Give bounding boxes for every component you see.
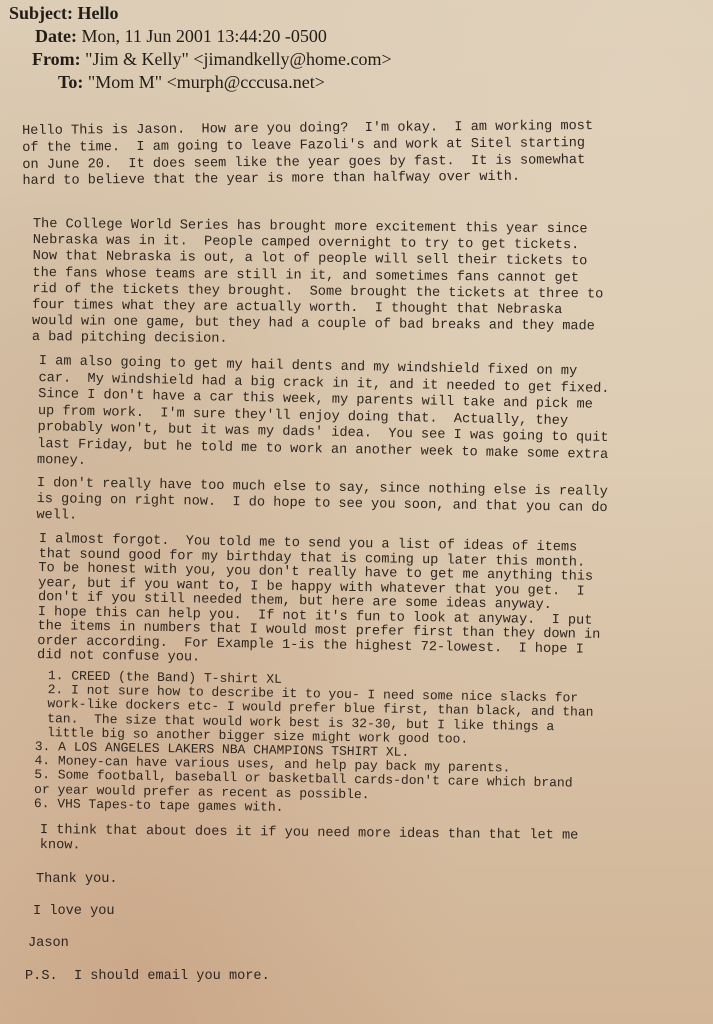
paragraph-birthday-ideas: I almost forgot. You told me to send you… — [37, 533, 602, 672]
signature: Jason — [28, 936, 69, 953]
to-row: To: "Mom M" <murph@cccusa.net> — [9, 71, 392, 94]
date-label: Date: — [35, 26, 77, 46]
date-row: Date: Mon, 11 Jun 2001 13:44:20 -0500 — [9, 25, 392, 48]
to-value: "Mom M" <murph@cccusa.net> — [88, 72, 325, 92]
email-header: Subject: Hello Date: Mon, 11 Jun 2001 13… — [9, 2, 392, 94]
closing-love: I love you — [33, 904, 115, 921]
paragraph-college-world-series: The College World Series has brought mor… — [32, 217, 604, 352]
to-label: To: — [58, 72, 83, 92]
wishlist: 1. CREED (the Band) T-shirt XL 2. I not … — [34, 669, 594, 820]
paragraph-more-ideas: I think that about does it if you need m… — [40, 824, 579, 859]
subject-row: Subject: Hello — [9, 2, 392, 25]
from-label: From: — [32, 49, 81, 69]
paragraph-nothing-else: I don't really have too much else to say… — [36, 476, 608, 533]
wishlist-item: 2. I not sure how to describe it to you-… — [35, 683, 594, 749]
from-value: "Jim & Kelly" <jimandkelly@home.com> — [85, 49, 392, 69]
date-value: Mon, 11 Jun 2001 13:44:20 -0500 — [81, 26, 326, 46]
postscript: P.S. I should email you more. — [25, 969, 270, 986]
closing-thank-you: Thank you. — [36, 872, 118, 889]
from-row: From: "Jim & Kelly" <jimandkelly@home.co… — [9, 48, 392, 71]
paragraph-car-repair: I am also going to get my hail dents and… — [37, 354, 610, 480]
printed-email-page: Subject: Hello Date: Mon, 11 Jun 2001 13… — [0, 0, 713, 1024]
subject-label: Subject: — [9, 3, 73, 23]
subject-value: Hello — [78, 3, 119, 23]
paragraph-intro: Hello This is Jason. How are you doing? … — [22, 119, 594, 191]
